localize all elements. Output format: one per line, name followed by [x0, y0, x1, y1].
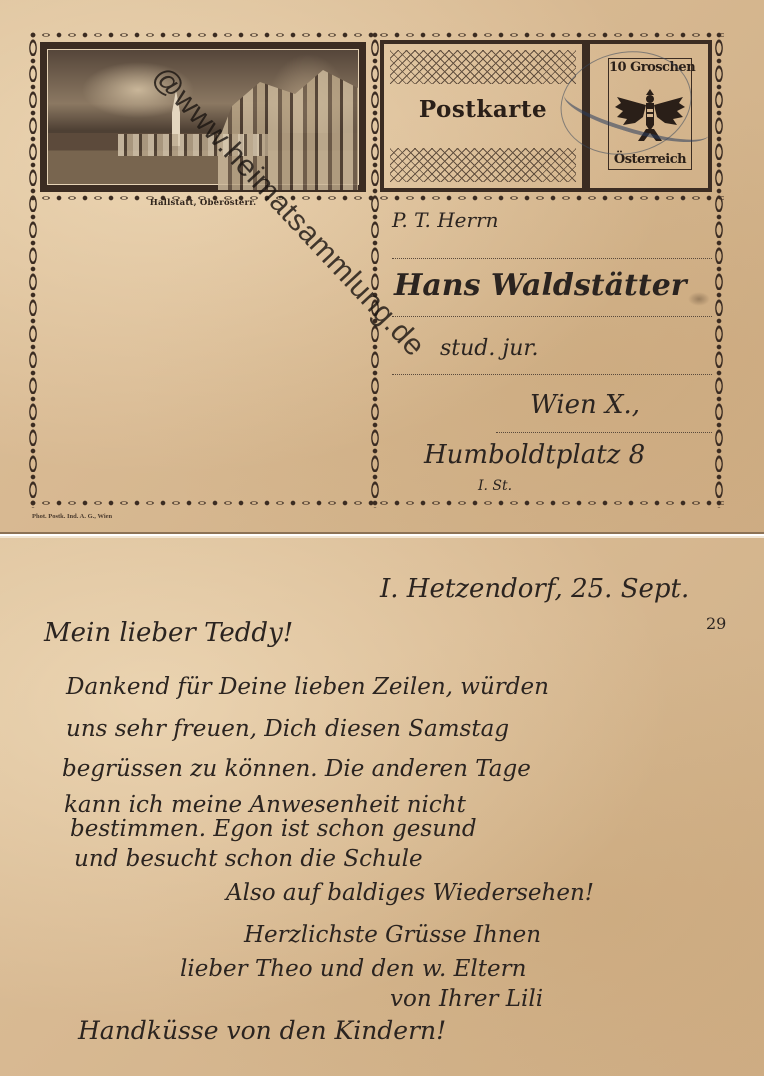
address-rule-3 [392, 374, 712, 375]
ornamental-border-right [714, 30, 724, 508]
address-line-4: Wien X., [530, 390, 640, 420]
body-line-6: und besucht schon die Schule [74, 846, 423, 872]
address-rule-1 [392, 258, 712, 259]
address-line-3: stud. jur. [440, 336, 538, 361]
place-date: I. Hetzendorf, 25. Sept. [380, 574, 689, 604]
address-line-5: Humboldtplatz 8 [424, 440, 645, 470]
body-line-5: bestimmen. Egon ist schon gesund [70, 816, 477, 842]
title-box: Postkarte [380, 40, 586, 192]
year: 29 [706, 614, 726, 633]
ink-smudge [688, 292, 710, 306]
card-title: Postkarte [384, 96, 582, 123]
postcard-back: I. Hetzendorf, 25. Sept. 29 Mein lieber … [0, 536, 764, 1076]
postcard-front: Hallstatt, Oberösterr. Postkarte 10 Gros… [0, 0, 764, 534]
printer-credit: Phot. Postk. Ind. A. G., Wien [32, 513, 112, 520]
regards-line-2: lieber Theo und den w. Eltern [180, 956, 526, 982]
body-line-3: begrüssen zu können. Die anderen Tage [62, 756, 531, 782]
ornamental-divider-vertical [370, 30, 380, 508]
body-line-1: Dankend für Deine lieben Zeilen, würden [66, 674, 549, 700]
lattice-ornament-bottom [390, 148, 576, 182]
body-line-4: kann ich meine Anwesenheit nicht [64, 792, 466, 818]
address-line-1: P. T. Herrn [392, 208, 499, 232]
postscript: Handküsse von den Kindern! [78, 1016, 446, 1045]
closing-line: Also auf baldiges Wiedersehen! [226, 880, 594, 906]
address-rule-2 [392, 316, 712, 317]
lattice-ornament-top [390, 50, 576, 84]
address-line-2: Hans Waldstätter [394, 268, 687, 303]
signature-line: von Ihrer Lili [390, 986, 543, 1012]
address-rule-4 [496, 432, 712, 433]
greeting: Mein lieber Teddy! [44, 618, 293, 648]
address-line-6: I. St. [478, 478, 512, 494]
photo-caption: Hallstatt, Oberösterr. [0, 198, 406, 208]
regards-line-1: Herzlichste Grüsse Ihnen [244, 922, 541, 948]
ornamental-border-left [28, 30, 38, 508]
body-line-2: uns sehr freuen, Dich diesen Samstag [66, 716, 509, 742]
